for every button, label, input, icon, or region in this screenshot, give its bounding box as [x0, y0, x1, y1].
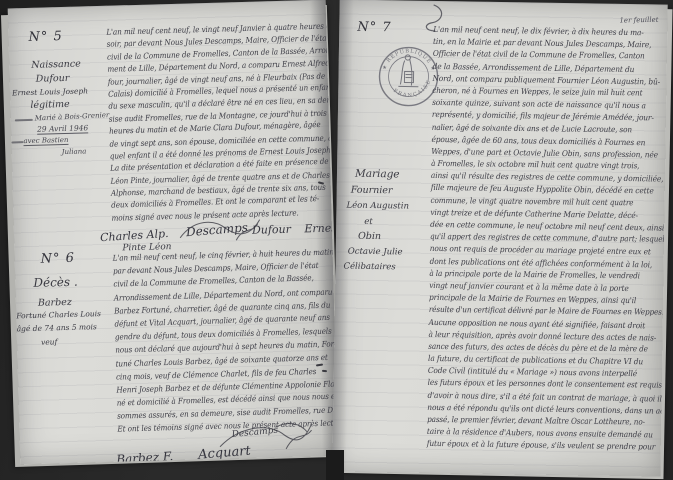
- handwritten-text-line: futur époux et à la future épouse, s'ils…: [427, 439, 641, 455]
- margin-deceased-status: veuf: [41, 337, 58, 346]
- binding-gutter-notch: [326, 450, 344, 480]
- right-page-gutter-shadow: [332, 0, 353, 472]
- margin-deceased-age: âgé de 74 ans 5 mois: [17, 322, 97, 333]
- officiant-paraph-flourish: [215, 418, 316, 455]
- act-number-5: N° 5: [28, 29, 63, 45]
- act-number-7: N° 7: [357, 20, 392, 36]
- signature-father-dufour: Dufour Ernest: [252, 221, 339, 236]
- right-register-page: N° 7 1er feuillet ★ RÉPUBLIQUE ★ FRANÇAI…: [332, 0, 667, 477]
- stamp-marianne-figure: [398, 55, 418, 87]
- margin-act-type-birth: Naissance: [31, 59, 81, 71]
- marginal-mention-line4: Juliana: [62, 147, 87, 156]
- scanned-register-spread: N° 5 Naissance Dufour Ernest Louis Josep…: [0, 0, 673, 480]
- act-number-6: N° 6: [40, 251, 75, 267]
- margin-et: et: [364, 217, 373, 227]
- stamp-bottom-text: FRANÇAISE: [392, 78, 433, 99]
- margin-groom-firstnames: Léon Augustin: [346, 201, 409, 212]
- svg-text:FRANÇAISE: FRANÇAISE: [392, 78, 433, 99]
- marginal-mention-line1: Marié à Bois-Grenier: [35, 111, 110, 122]
- marginal-mention-date: 29 Avril 1946: [37, 123, 88, 134]
- officiant-paraph-flourish: [174, 215, 265, 246]
- margin-bride-firstnames: Octavie Julie: [348, 247, 403, 258]
- mention-scribble-mark: [11, 141, 23, 143]
- marginal-mention-line3: avec Bastien: [23, 136, 68, 146]
- margin-surname-dufour: Dufour: [36, 73, 70, 85]
- margin-groom-surname: Fournier: [351, 185, 393, 197]
- margin-deceased-names: Fortuné Charles Louis: [16, 309, 101, 320]
- death-act-body-text: L'an mil neuf cent neuf, le cinq février…: [113, 248, 332, 439]
- marriage-act-body-text: L'an mil neuf cent neuf, le dix février,…: [427, 25, 666, 455]
- corner-folio-note: 1er feuillet: [619, 16, 658, 25]
- margin-act-type-death: Décès .: [33, 275, 78, 290]
- birth-act-body-text: L'an mil neuf cent neuf, le vingt neuf J…: [106, 22, 325, 226]
- mention-scribble-mark: [15, 119, 33, 121]
- margin-act-type-marriage: Mariage: [355, 168, 400, 181]
- margin-legitime: légitime: [30, 99, 70, 111]
- left-register-page: N° 5 Naissance Dufour Ernest Louis Josep…: [8, 0, 339, 464]
- margin-surname-barbez: Barbez: [38, 297, 72, 309]
- margin-firstnames: Ernest Louis Joseph: [12, 86, 88, 97]
- margin-celibataires: Célibataires: [343, 262, 395, 273]
- margin-bride-surname: Obin: [358, 231, 381, 242]
- ink-stray-mark: [322, 370, 327, 373]
